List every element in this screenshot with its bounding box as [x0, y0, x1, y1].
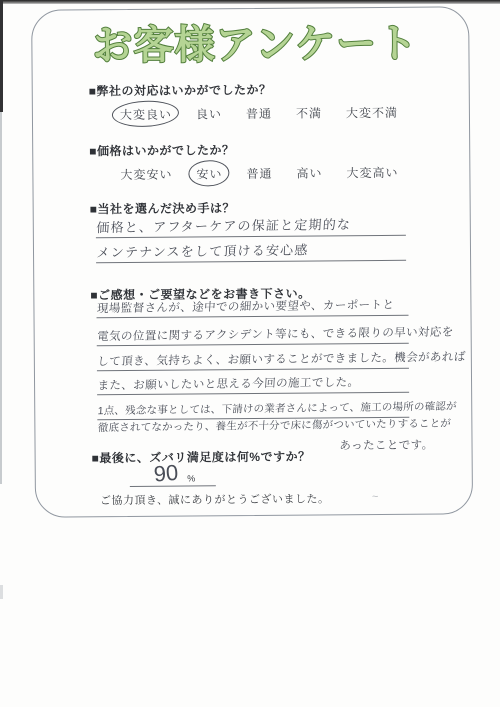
- answer-line: 電気の位置に関するアクシデント等にも、できる限りの早い対応を: [97, 319, 409, 346]
- answer-line: また、お願いしたいと思える今回の施工でした。: [97, 369, 409, 395]
- answer-overflow: あったことです。: [333, 436, 433, 455]
- option-response-very-dissatisfied: 大変不満: [346, 104, 398, 121]
- answer-line-extra: 徹底されてなかったり、養生が不十分で床に傷がついていたりすることが: [97, 419, 409, 436]
- handwritten-text: 価格と、アフターケアの保証と定期的な: [96, 214, 352, 236]
- question-response-options: 大変良い 良い 普通 不満 大変不満: [120, 104, 398, 123]
- question-response-label: ■弊社の対応はいかがでしたか？: [89, 81, 272, 99]
- option-price-normal: 普通: [246, 165, 272, 182]
- question-price-label: ■価格はいかがでしたか？: [89, 141, 234, 159]
- thank-you-note: ご協力頂き、誠にありがとうございました。: [100, 490, 330, 508]
- option-response-very-good selection-circle: 大変良い: [120, 106, 172, 123]
- answer-line: して頂き、気持ちよく、お願いすることができました。機会があれば: [97, 345, 409, 371]
- form-title-area: お客様アンケート: [31, 10, 467, 71]
- handwritten-text: メンテナンスをして頂ける安心感: [96, 239, 309, 261]
- option-response-good: 良い: [196, 105, 222, 122]
- satisfaction-answer-line: 90 %: [130, 460, 216, 487]
- option-price-cheap selection-circle: 安い: [196, 165, 222, 182]
- survey-form-sheet: お客様アンケート ■弊社の対応はいかがでしたか？ 大変良い 良い 普通 不満 大…: [0, 0, 500, 707]
- option-price-very-high: 大変高い: [346, 164, 398, 181]
- option-response-dissatisfied: 不満: [296, 104, 322, 121]
- percent-unit-label: %: [187, 473, 195, 483]
- handwritten-text: あったことです。: [339, 440, 433, 453]
- handwritten-satisfaction-value: 90: [153, 462, 179, 486]
- form-title: お客様アンケート: [92, 22, 418, 69]
- answer-line: メンテナンスをして頂ける安心感: [96, 238, 406, 263]
- answer-line: 現場監督さんが、途中での細かい要望や、カーポートと: [96, 292, 408, 318]
- handwritten-text: また、お願いしたいと思える今回の施工でした。: [97, 374, 360, 393]
- handwritten-text: 電気の位置に関するアクシデント等にも、できる限りの早い対応を: [97, 324, 454, 345]
- handwritten-text: 徹底されてなかったり、養生が不十分で床に傷がついていたりすることが: [97, 416, 451, 436]
- option-price-high: 高い: [296, 164, 322, 181]
- answer-line: 価格と、アフターケアの保証と定期的な: [96, 212, 406, 238]
- scanned-survey-page: お客様アンケート ■弊社の対応はいかがでしたか？ 大変良い 良い 普通 不満 大…: [0, 0, 500, 707]
- option-price-very-cheap: 大変安い: [120, 166, 172, 183]
- question-price-options: 大変安い 安い 普通 高い 大変高い: [120, 164, 398, 183]
- handwritten-text: 現場監督さんが、途中での細かい要望や、カーポートと: [97, 296, 395, 316]
- scan-artifact: ~: [372, 491, 379, 503]
- option-response-normal: 普通: [246, 105, 272, 122]
